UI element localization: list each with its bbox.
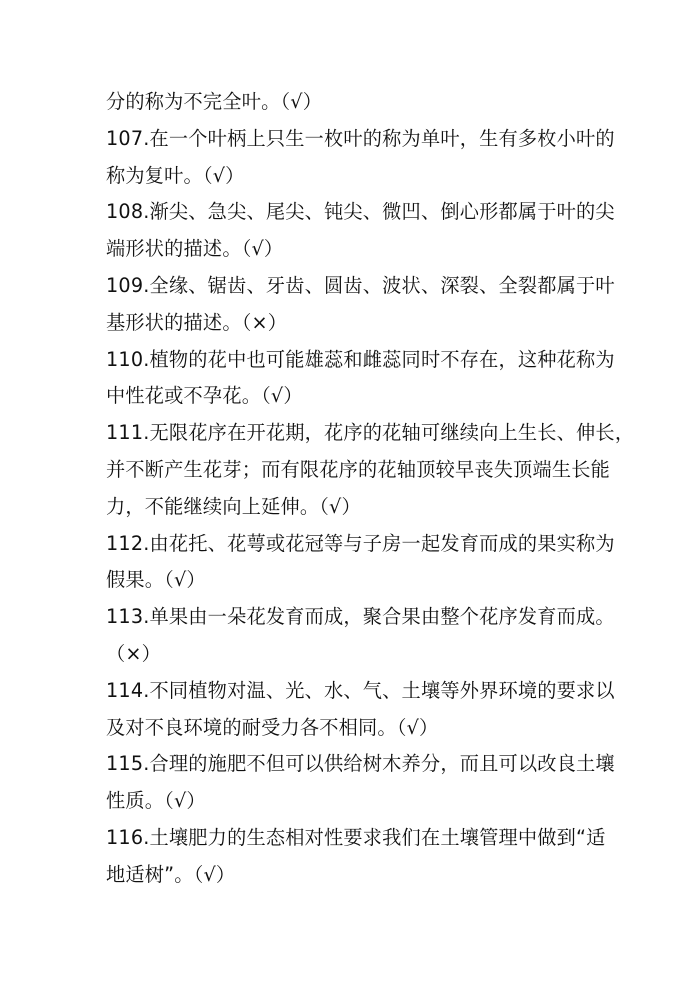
text-line-item-110-cont: 中性花或不孕花。（√） bbox=[106, 378, 598, 415]
text-line-item-107: 107.在一个叶柄上只生一枚叶的称为单叶，生有多枚小叶的 bbox=[106, 121, 598, 158]
text-line-item-109: 109.全缘、锯齿、牙齿、圆齿、波状、深裂、全裂都属于叶 bbox=[106, 268, 598, 305]
text-line-item-115-cont: 性质。（√） bbox=[106, 783, 598, 820]
document-page: 分的称为不完全叶。（√） 107.在一个叶柄上只生一枚叶的称为单叶，生有多枚小叶… bbox=[106, 84, 598, 894]
text-line-item-116: 116.土壤肥力的生态相对性要求我们在土壤管理中做到“适 bbox=[106, 820, 598, 857]
text-line-item-111: 111.无限花序在开花期，花序的花轴可继续向上生长、伸长， bbox=[106, 415, 598, 452]
text-line-item-114-cont: 及对不良环境的耐受力各不相同。（√） bbox=[106, 710, 598, 747]
text-line-item-116-cont: 地适树”。（√） bbox=[106, 857, 598, 894]
text-line-item-110: 110.植物的花中也可能雄蕊和雌蕊同时不存在，这种花称为 bbox=[106, 342, 598, 379]
text-line-item-107-cont: 称为复叶。（√） bbox=[106, 158, 598, 195]
text-line-item-113-cont: （×） bbox=[106, 636, 598, 673]
text-line-item-115: 115.合理的施肥不但可以供给树木养分，而且可以改良土壤 bbox=[106, 746, 598, 783]
text-line-item-108-cont: 端形状的描述。（√） bbox=[106, 231, 598, 268]
text-line-item-111-cont: 并不断产生花芽；而有限花序的花轴顶较早丧失顶端生长能 bbox=[106, 452, 598, 489]
text-line-item-114: 114.不同植物对温、光、水、气、土壤等外界环境的要求以 bbox=[106, 673, 598, 710]
text-line-item-108: 108.渐尖、急尖、尾尖、钝尖、微凹、倒心形都属于叶的尖 bbox=[106, 194, 598, 231]
text-line-item-109-cont: 基形状的描述。（×） bbox=[106, 305, 598, 342]
text-line-item-112-cont: 假果。（√） bbox=[106, 562, 598, 599]
text-line-item-111-cont2: 力，不能继续向上延伸。（√） bbox=[106, 489, 598, 526]
text-line-item-112: 112.由花托、花萼或花冠等与子房一起发育而成的果实称为 bbox=[106, 526, 598, 563]
text-line-continuation-106: 分的称为不完全叶。（√） bbox=[106, 84, 598, 121]
text-line-item-113: 113.单果由一朵花发育而成，聚合果由整个花序发育而成。 bbox=[106, 599, 598, 636]
